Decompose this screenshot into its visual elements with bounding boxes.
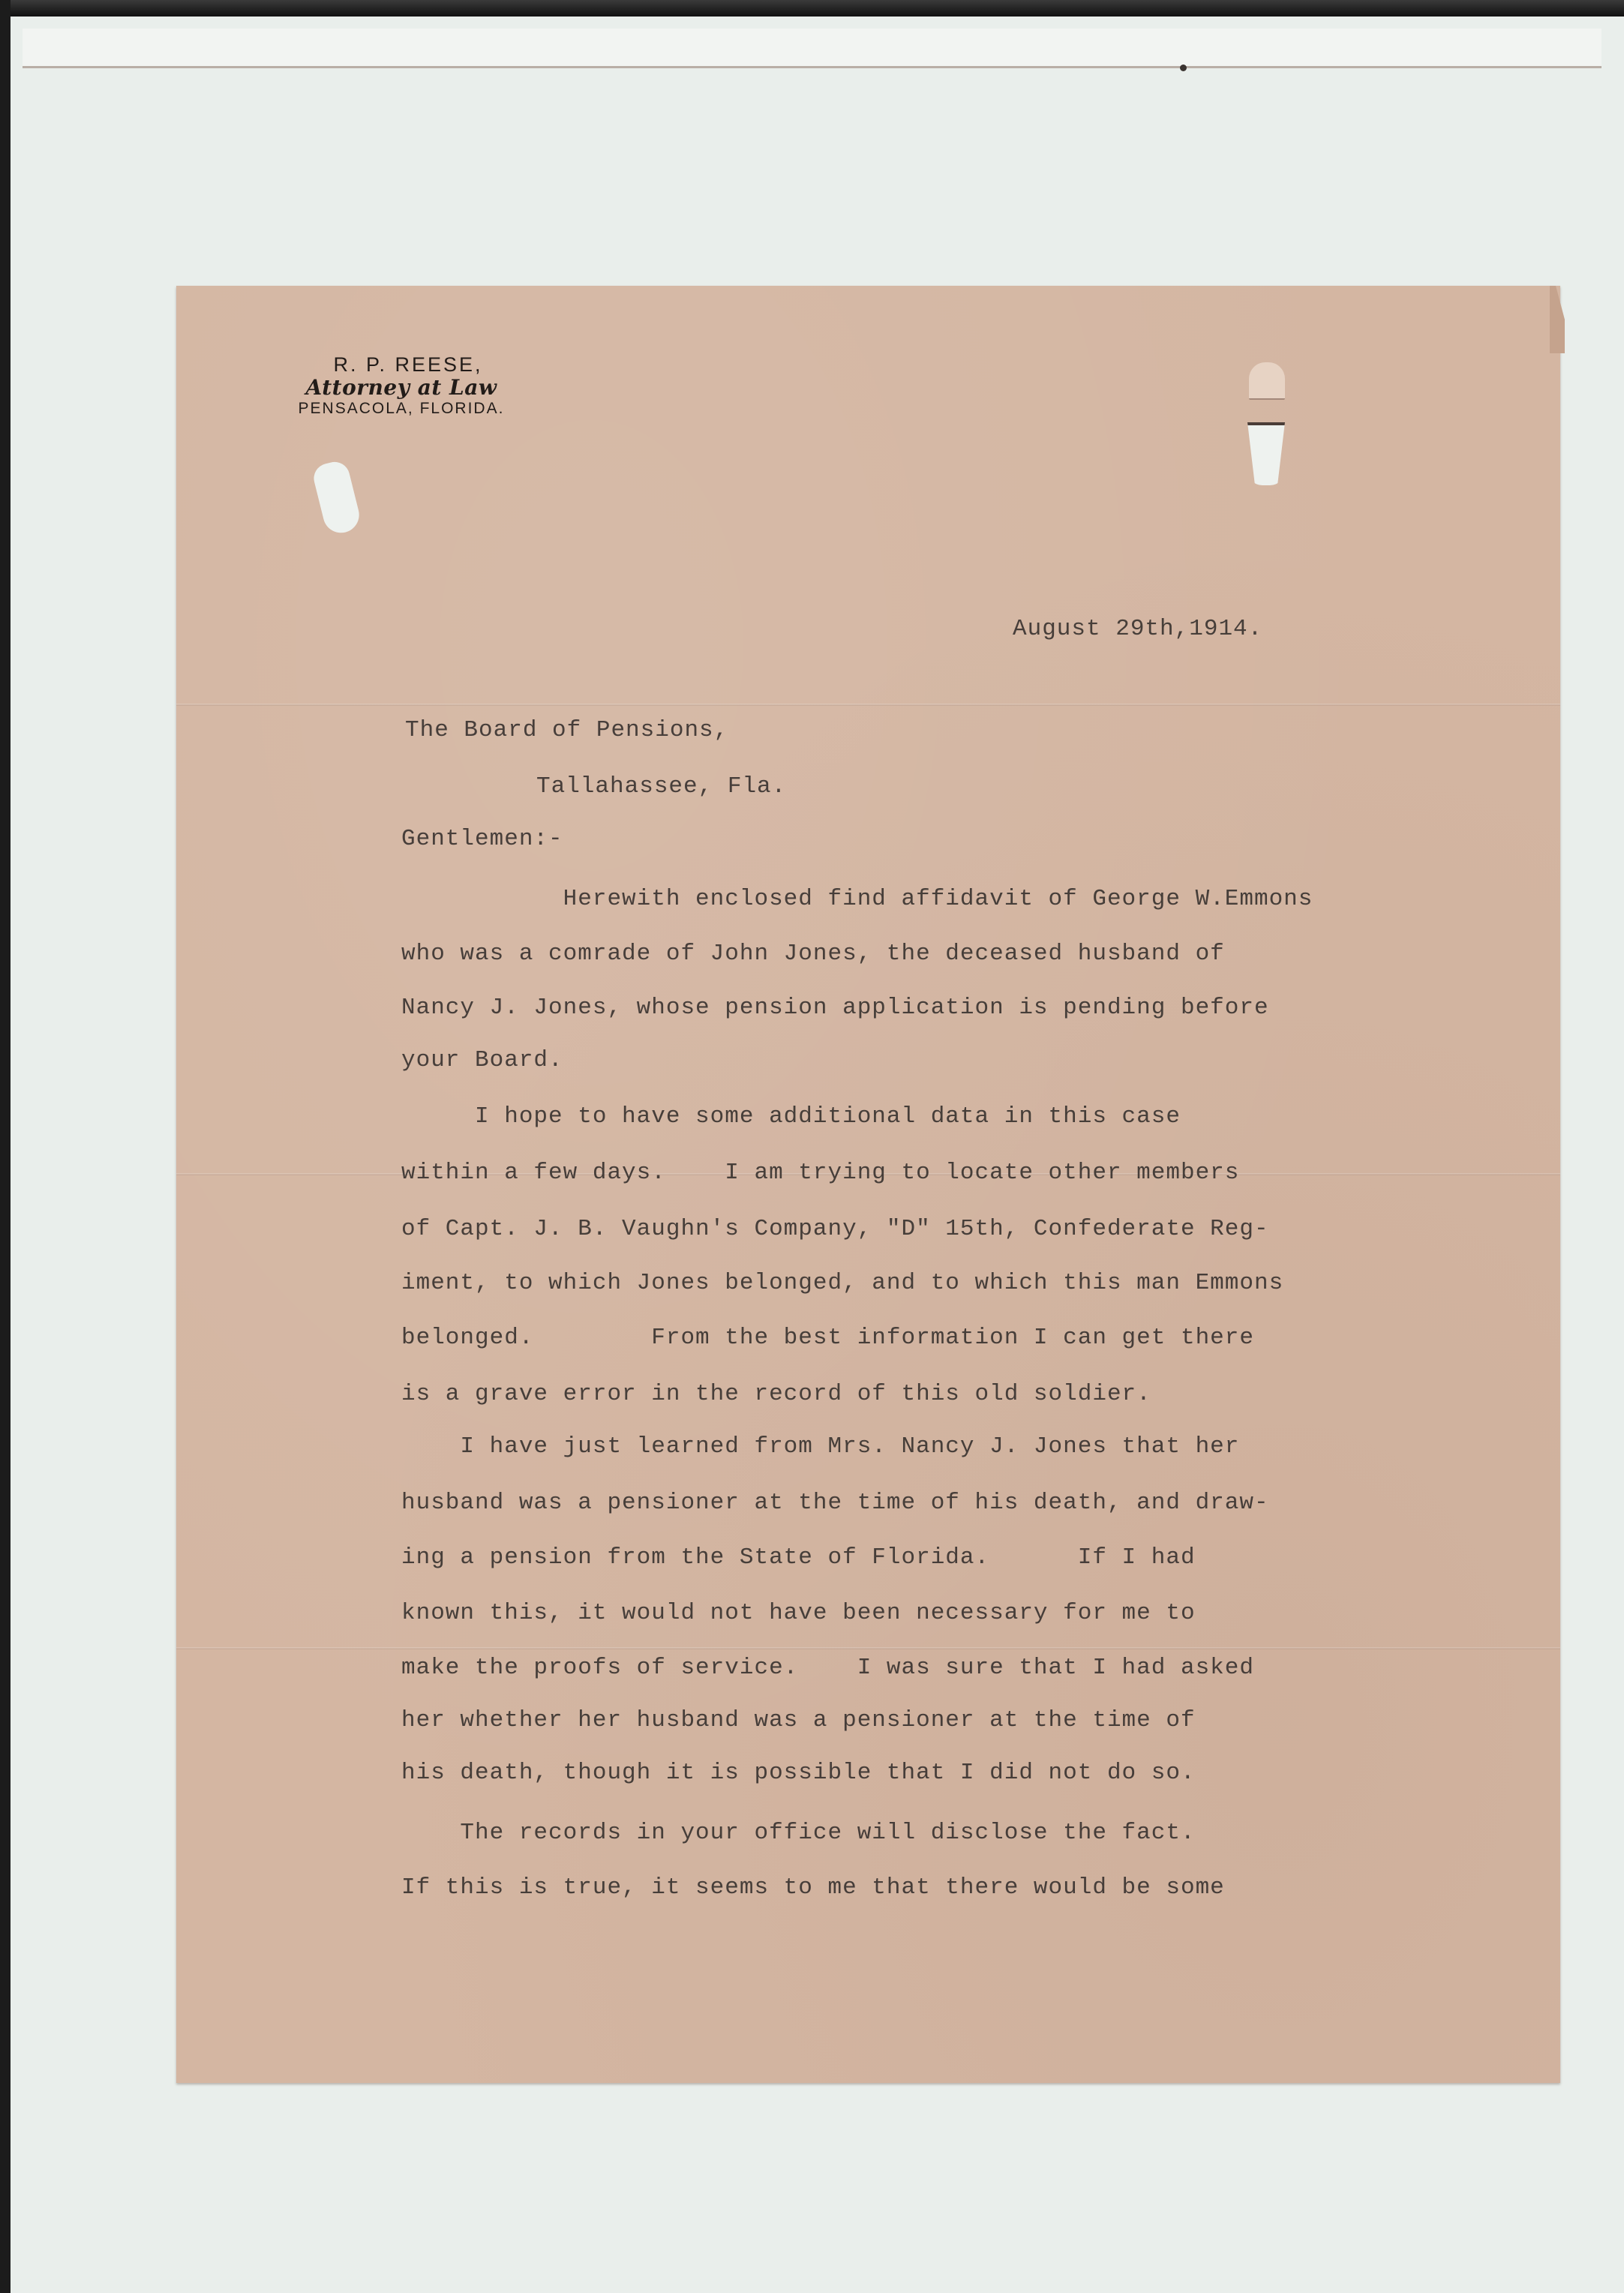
letterhead-title: Attorney at Law bbox=[289, 375, 514, 400]
fold-crease bbox=[176, 1647, 1560, 1649]
body-line: your Board. bbox=[401, 1047, 563, 1073]
body-line: is a grave error in the record of this o… bbox=[401, 1381, 1151, 1407]
body-line: who was a comrade of John Jones, the dec… bbox=[401, 941, 1225, 967]
punch-hole-icon bbox=[1247, 422, 1285, 485]
body-line: known this, it would not have been neces… bbox=[401, 1600, 1196, 1626]
body-line: within a few days. I am trying to locate… bbox=[401, 1160, 1239, 1186]
folded-corner bbox=[1550, 286, 1565, 353]
body-line: his death, though it is possible that I … bbox=[401, 1760, 1196, 1786]
punch-hole-icon bbox=[311, 459, 363, 537]
body-line: husband was a pensioner at the time of h… bbox=[401, 1490, 1269, 1516]
salutation: Gentlemen:- bbox=[401, 826, 563, 852]
body-line: of Capt. J. B. Vaughn's Company, "D" 15t… bbox=[401, 1216, 1269, 1242]
punch-hole-icon bbox=[1249, 362, 1285, 400]
body-line: make the proofs of service. I was sure t… bbox=[401, 1655, 1254, 1681]
body-line: Nancy J. Jones, whose pension applicatio… bbox=[401, 995, 1269, 1021]
body-line: I hope to have some additional data in t… bbox=[401, 1103, 1181, 1130]
body-line: Herewith enclosed find affidavit of Geor… bbox=[401, 886, 1313, 912]
dust-mark bbox=[1180, 65, 1187, 71]
letterhead-city: PENSACOLA, FLORIDA. bbox=[289, 400, 514, 418]
scanner-top-edge bbox=[0, 0, 1624, 17]
recipient-line-2: Tallahassee, Fla. bbox=[536, 773, 786, 800]
body-line: iment, to which Jones belonged, and to w… bbox=[401, 1270, 1283, 1296]
letterhead-name: R. P. REESE, bbox=[302, 353, 514, 377]
letterhead: R. P. REESE, Attorney at Law PENSACOLA, … bbox=[289, 353, 514, 418]
fold-crease bbox=[176, 704, 1560, 706]
body-line: The records in your office will disclose… bbox=[401, 1820, 1196, 1846]
backing-paper-strip bbox=[23, 29, 1601, 68]
body-line: belonged. From the best information I ca… bbox=[401, 1325, 1254, 1351]
body-line: her whether her husband was a pensioner … bbox=[401, 1707, 1196, 1733]
body-line: ing a pension from the State of Florida.… bbox=[401, 1544, 1196, 1571]
letter-date: August 29th,1914. bbox=[1013, 616, 1262, 642]
scanner-left-edge bbox=[0, 0, 11, 2293]
body-line: I have just learned from Mrs. Nancy J. J… bbox=[401, 1433, 1239, 1460]
body-line: If this is true, it seems to me that the… bbox=[401, 1874, 1225, 1901]
letter-sheet: R. P. REESE, Attorney at Law PENSACOLA, … bbox=[176, 286, 1560, 2083]
recipient-line-1: The Board of Pensions, bbox=[405, 717, 728, 743]
